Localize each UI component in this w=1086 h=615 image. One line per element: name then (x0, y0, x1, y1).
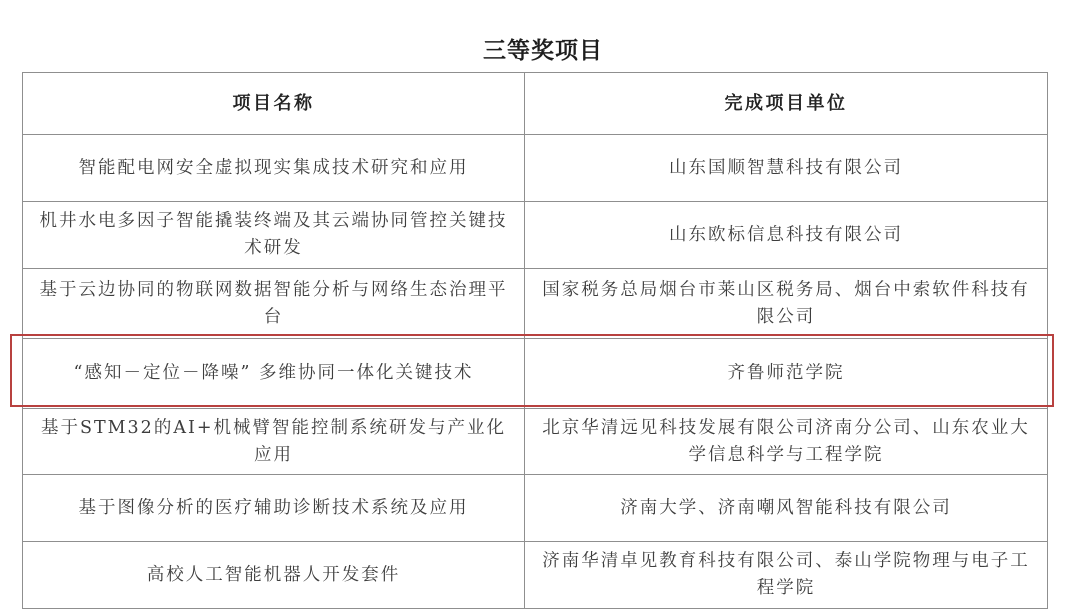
completing-unit-cell: 国家税务总局烟台市莱山区税务局、烟台中索软件科技有限公司 (525, 269, 1048, 339)
document-title: 三等奖项目 (0, 32, 1086, 65)
table-row: 智能配电网安全虚拟现实集成技术研究和应用 山东国顺智慧科技有限公司 (23, 135, 1048, 202)
header-completing-unit: 完成项目单位 (525, 73, 1048, 135)
table-row: 高校人工智能机器人开发套件 济南华清卓见教育科技有限公司、泰山学院物理与电子工程… (23, 542, 1048, 609)
project-name-cell: 高校人工智能机器人开发套件 (23, 542, 525, 609)
project-name-cell: 基于云边协同的物联网数据智能分析与网络生态治理平台 (23, 269, 525, 339)
header-project-name: 项目名称 (23, 73, 525, 135)
table-header-row: 项目名称 完成项目单位 (23, 73, 1048, 135)
completing-unit-cell: 济南大学、济南嘲风智能科技有限公司 (525, 475, 1048, 542)
completing-unit-cell: 齐鲁师范学院 (525, 339, 1048, 409)
project-name-cell: 机井水电多因子智能撬装终端及其云端协同管控关键技术研发 (23, 202, 525, 269)
table-row: 机井水电多因子智能撬装终端及其云端协同管控关键技术研发 山东欧标信息科技有限公司 (23, 202, 1048, 269)
table-row-highlighted: “感知－定位－降噪” 多维协同一体化关键技术 齐鲁师范学院 (23, 339, 1048, 409)
awards-table: 项目名称 完成项目单位 智能配电网安全虚拟现实集成技术研究和应用 山东国顺智慧科… (22, 72, 1048, 609)
project-name-cell: “感知－定位－降噪” 多维协同一体化关键技术 (23, 339, 525, 409)
project-name-cell: 基于STM32的AI+机械臂智能控制系统研发与产业化应用 (23, 409, 525, 475)
project-name-cell: 智能配电网安全虚拟现实集成技术研究和应用 (23, 135, 525, 202)
table-row: 基于图像分析的医疗辅助诊断技术系统及应用 济南大学、济南嘲风智能科技有限公司 (23, 475, 1048, 542)
table-row: 基于云边协同的物联网数据智能分析与网络生态治理平台 国家税务总局烟台市莱山区税务… (23, 269, 1048, 339)
completing-unit-cell: 济南华清卓见教育科技有限公司、泰山学院物理与电子工程学院 (525, 542, 1048, 609)
project-name-cell: 基于图像分析的医疗辅助诊断技术系统及应用 (23, 475, 525, 542)
completing-unit-cell: 北京华清远见科技发展有限公司济南分公司、山东农业大学信息科学与工程学院 (525, 409, 1048, 475)
completing-unit-cell: 山东欧标信息科技有限公司 (525, 202, 1048, 269)
completing-unit-cell: 山东国顺智慧科技有限公司 (525, 135, 1048, 202)
table-row: 基于STM32的AI+机械臂智能控制系统研发与产业化应用 北京华清远见科技发展有… (23, 409, 1048, 475)
